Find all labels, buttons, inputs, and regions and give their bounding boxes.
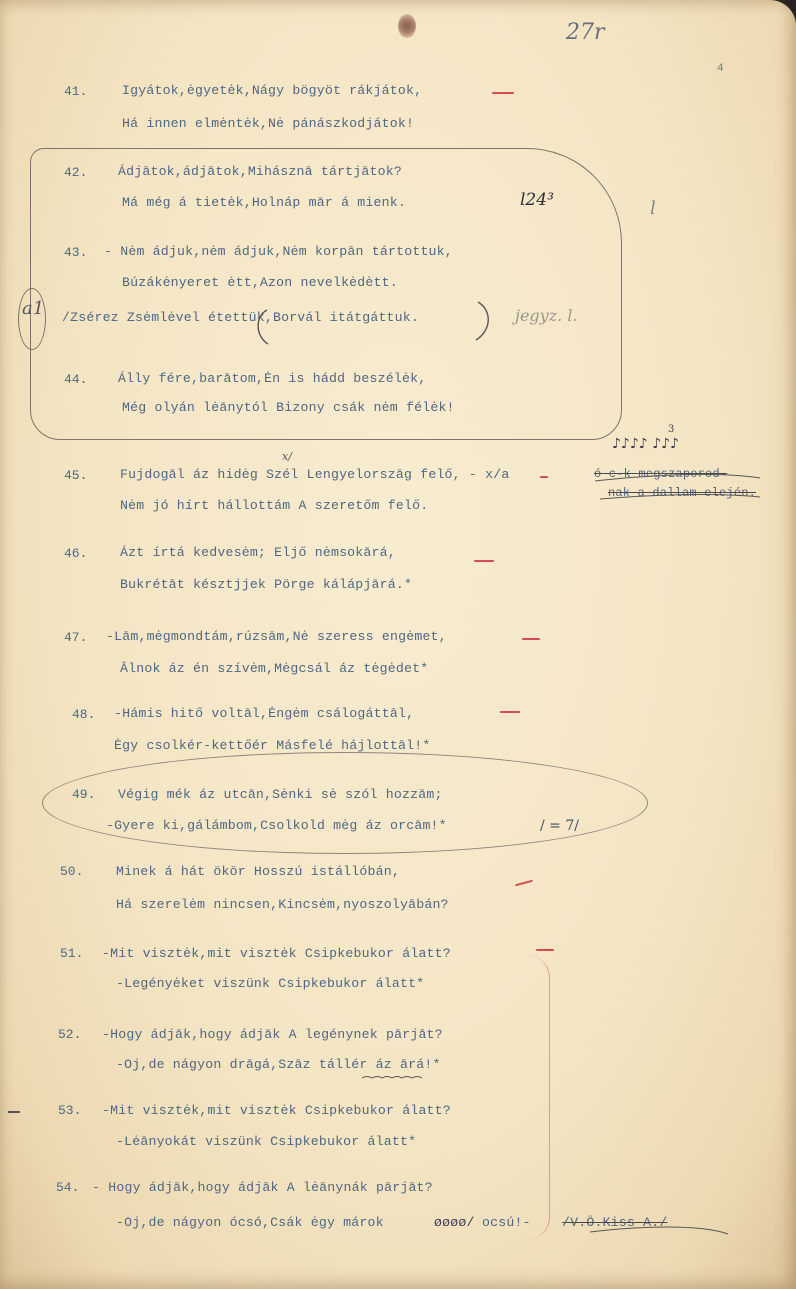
pencil-strokes xyxy=(0,0,796,1289)
manuscript-page: 27r 4 a1 41. Igyátok,ėgyetėk,Nágy bögyöt… xyxy=(0,0,796,1289)
